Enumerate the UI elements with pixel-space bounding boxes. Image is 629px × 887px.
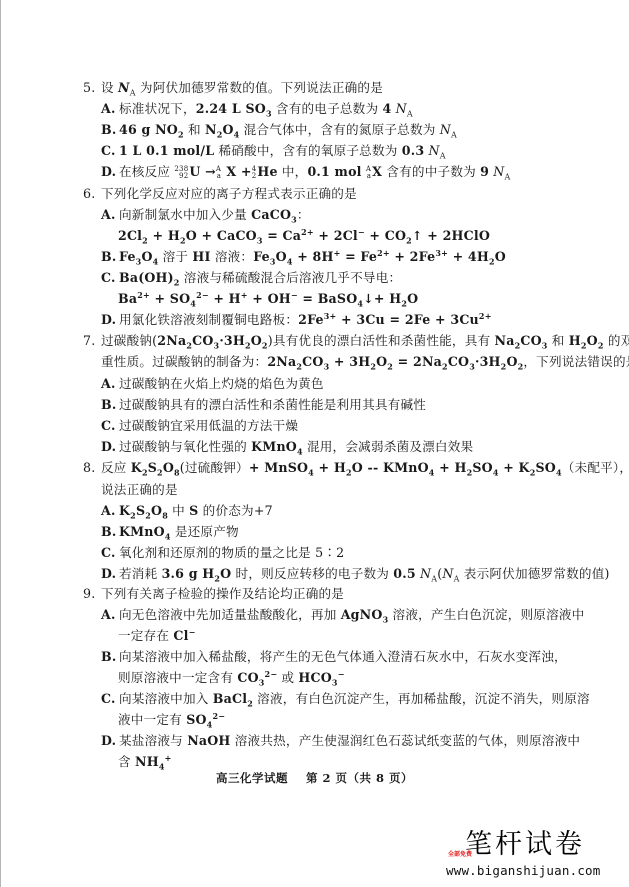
question-8-option-d: D.若消耗 3.6 g H2O 时，则反应转移的电子数为 0.5 NA(NA 表… [101,566,610,582]
question-9-option-b-cont: 则原溶液中一定含有 CO32− 或 HCO3− [118,670,345,686]
question-7-option-a: A.过碳酸钠在火焰上灼烧的焰色为黄色 [101,376,324,392]
question-9-option-a: A.向无色溶液中先加适量盐酸酸化，再加 AgNO3 溶液，产生白色沉淀，则原溶液… [101,607,584,623]
question-5-option-d: D.在核反应 23892U →Aa X +42He 中，0.1 mol AaX … [101,164,511,180]
question-7-stem-cont: 重性质。过碳酸钠的制备为：2Na2CO3 + 3H2O2 = 2Na2CO3·3… [101,354,629,370]
footer-subject: 高三化学试题 [216,771,288,785]
question-8-stem-cont: 说法正确的是 [101,482,178,498]
question-9-option-a-cont: 一定存在 Cl− [118,628,196,644]
question-9-option-d-cont: 含 NH4+ [118,754,172,770]
question-7-stem: 7.过碳酸钠(2Na2CO3·3H2O2)具有优良的漂白活性和杀菌性能，具有 N… [83,333,629,349]
question-9-option-b: B.向某溶液中加入稀盐酸，将产生的无色气体通入澄清石灰水中，石灰水变浑浊， [101,649,567,665]
question-6-option-a-equation: 2Cl2 + H2O + CaCO3 = Ca2+ + 2Cl− + CO2↑ … [118,228,490,244]
question-9-option-c-cont: 液中一定有 SO42− [118,712,225,728]
question-6-option-d: D.用氯化铁溶液刻制覆铜电路板：2Fe3+ + 3Cu = 2Fe + 3Cu2… [101,312,492,328]
question-5-option-b: B.46 g NO2 和 N2O4 混合气体中，含有的氮原子总数为 NA [101,122,457,138]
page-footer: 高三化学试题 第 2 页（共 8 页） [0,770,629,786]
watermark-free-tag: 全部免费 [448,849,472,858]
watermark-title: 笔杆试卷 [465,830,585,860]
question-7-option-c: C.过碳酸钠宜采用低温的方法干燥 [101,418,298,434]
question-5-option-c: C.1 L 0.1 mol/L 稀硝酸中，含有的氧原子总数为 0.3 NA [101,143,446,159]
question-9-stem: 9.下列有关离子检验的操作及结论均正确的是 [83,586,344,602]
question-5-stem: 5.设 NA 为阿伏加德罗常数的值。下列说法正确的是 [83,80,383,96]
question-6-option-b: B.Fe3O4 溶于 HI 溶液：Fe3O4 + 8H+ = Fe2+ + 2F… [101,249,506,265]
question-7-option-d: D.过碳酸钠与氧化性强的 KMnO4 混用，会减弱杀菌及漂白效果 [101,439,473,455]
question-9-option-d: D.某盐溶液与 NaOH 溶液共热，产生使湿润红色石蕊试纸变蓝的气体，则原溶液中 [101,733,580,749]
watermark-url: www.biganshijuan.com [446,863,601,878]
question-8-option-c: C.氧化剂和还原剂的物质的量之比是 5∶2 [101,545,344,561]
watermark-logo: 笔杆试卷 全部免费 www.biganshijuan.com [446,830,629,885]
question-5-option-a: A.标准状况下，2.24 L SO3 含有的电子总数为 4 NA [101,101,413,117]
question-8-option-b: B.KMnO4 是还原产物 [101,524,239,540]
question-8-stem: 8.反应 K2S2O8(过硫酸钾）+ MnSO4 + H2O -- KMnO4 … [83,460,629,476]
question-6-option-c: C.Ba(OH)2 溶液与稀硫酸混合后溶液几乎不导电： [101,270,401,286]
footer-page-label: 第 2 页（共 8 页） [306,771,413,785]
question-7-option-b: B.过碳酸钠具有的漂白活性和杀菌性能是利用其具有碱性 [101,397,426,413]
question-number: 5. [83,80,101,96]
question-6-option-c-equation: Ba2+ + SO42− + H+ + OH− = BaSO4↓+ H2O [118,291,418,307]
question-6-option-a: A.向新制氯水中加入少量 CaCO3： [101,207,310,223]
exam-page: 5.设 NA 为阿伏加德罗常数的值。下列说法正确的是 A.标准状况下，2.24 … [0,0,629,887]
question-6-stem: 6.下列化学反应对应的离子方程式表示正确的是 [83,186,357,202]
question-8-option-a: A.K2S2O8 中 S 的价态为+7 [101,503,273,519]
question-9-option-c: C.向某溶液中加入 BaCl2 溶液，有白色沉淀产生，再加稀盐酸，沉淀不消失，则… [101,691,590,707]
